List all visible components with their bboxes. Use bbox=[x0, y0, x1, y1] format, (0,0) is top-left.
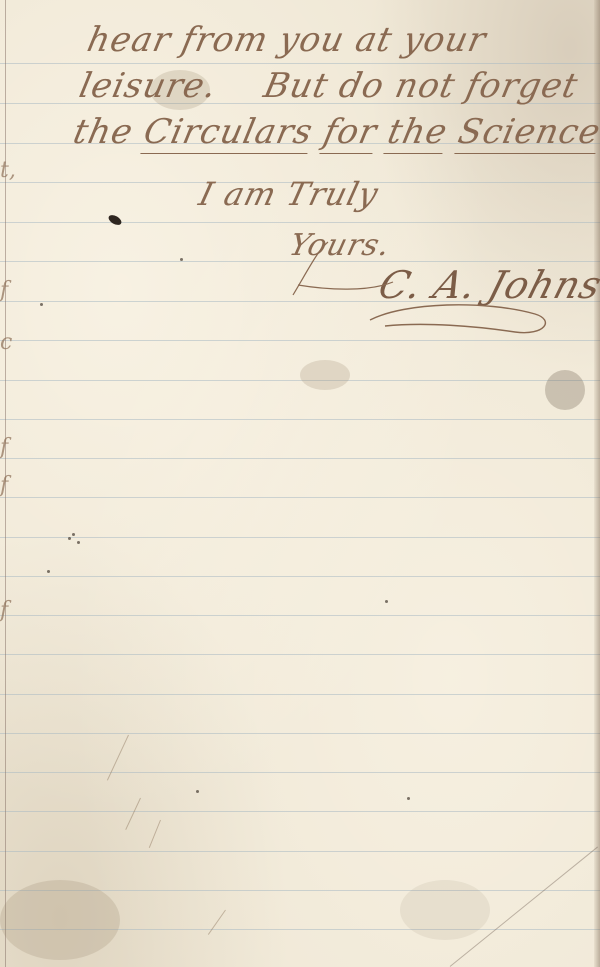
margin-bleed-mark: f bbox=[0, 435, 8, 460]
paper-stain bbox=[0, 880, 120, 960]
ink-speck bbox=[72, 533, 75, 536]
pencil-mark bbox=[107, 735, 129, 781]
pencil-mark bbox=[125, 798, 141, 830]
letter-page: hear from you at your leisure.But do not… bbox=[0, 0, 600, 967]
ruled-line bbox=[0, 497, 600, 498]
closing-line-1: I am Truly bbox=[195, 175, 382, 213]
margin-bleed-mark: f bbox=[0, 278, 8, 303]
ink-speck bbox=[68, 537, 71, 540]
ruled-line bbox=[0, 63, 600, 64]
ruled-line bbox=[0, 733, 600, 734]
ruled-line bbox=[0, 654, 600, 655]
margin-bleed-mark: c bbox=[0, 330, 12, 355]
letter-text-the: the bbox=[70, 112, 137, 152]
closing-flourish bbox=[288, 240, 398, 300]
ink-speck bbox=[40, 303, 43, 306]
ruled-line bbox=[0, 419, 600, 420]
paper-stain bbox=[545, 370, 585, 410]
ruled-line bbox=[0, 694, 600, 695]
ink-speck bbox=[385, 600, 388, 603]
margin-bleed-mark: f bbox=[0, 473, 8, 498]
ruled-line bbox=[0, 851, 600, 852]
pencil-mark bbox=[149, 820, 161, 848]
ink-speck bbox=[47, 570, 50, 573]
margin-bleed-mark: t, bbox=[0, 158, 16, 183]
pencil-mark bbox=[208, 910, 226, 935]
letter-line-1: hear from you at your bbox=[84, 20, 490, 60]
letter-text-but-do-not-forget: But do not forget bbox=[260, 66, 582, 106]
letter-line-2: leisure.But do not forget bbox=[76, 66, 582, 106]
ruled-line bbox=[0, 615, 600, 616]
letter-text-the-2: the bbox=[384, 112, 452, 154]
letter-text-science: Science bbox=[454, 112, 600, 154]
ruled-line bbox=[0, 772, 600, 773]
ink-speck bbox=[77, 541, 80, 544]
margin-bleed-mark: f bbox=[0, 598, 8, 623]
letter-text-leisure: leisure. bbox=[76, 66, 221, 106]
letter-text-circulars: Circulars bbox=[140, 112, 317, 154]
paper-stain bbox=[300, 360, 350, 390]
ruled-line bbox=[0, 458, 600, 459]
ink-speck bbox=[180, 258, 183, 261]
ink-speck bbox=[407, 797, 410, 800]
ruled-line bbox=[0, 222, 600, 223]
ruled-line bbox=[0, 537, 600, 538]
ruled-line bbox=[0, 811, 600, 812]
ink-blot bbox=[107, 213, 123, 227]
ink-speck bbox=[196, 790, 199, 793]
letter-text-for: for bbox=[320, 112, 381, 154]
paper-stain bbox=[400, 880, 490, 940]
letter-line-3: the Circulars for the Science bbox=[70, 112, 600, 152]
ruled-line bbox=[0, 380, 600, 381]
ruled-line bbox=[0, 576, 600, 577]
